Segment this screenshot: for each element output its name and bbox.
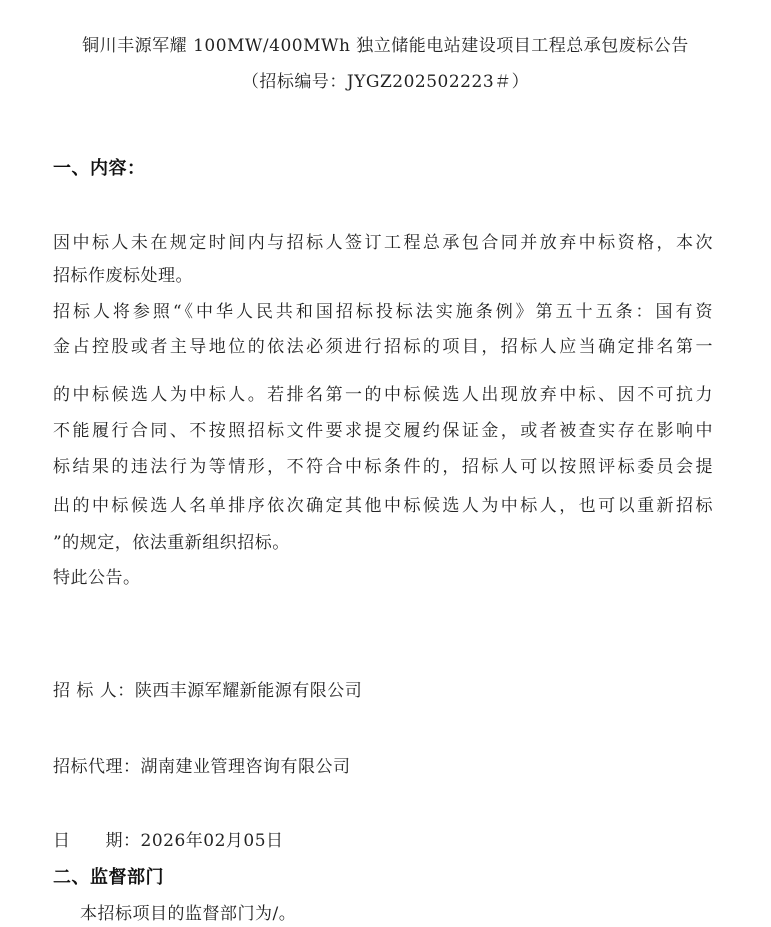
paragraph-line: 招标人将参照“《中华人民共和国招标投标法实施条例》第五十五条：国有资 — [53, 302, 713, 322]
supervision-text: 本招标项目的监督部门为/。 — [80, 904, 296, 924]
tender-number: （招标编号：JYGZ202502223＃） — [0, 72, 771, 92]
tenderer-value: 陕西丰源军耀新能源有限公司 — [135, 681, 363, 701]
paragraph-line: 因中标人未在规定时间内与招标人签订工程总承包合同并放弃中标资格，本次 — [53, 233, 713, 253]
agent-value: 湖南建业管理咨询有限公司 — [141, 757, 351, 777]
paragraph-line: 出的中标候选人名单排序依次确定其他中标候选人为中标人，也可以重新招标 — [53, 496, 713, 516]
closing-text: 特此公告。 — [53, 568, 141, 588]
paragraph-line: ”的规定，依法重新组织招标。 — [53, 533, 713, 553]
section-heading-supervision: 二、监督部门 — [53, 868, 164, 888]
date-label: 日 期： — [53, 831, 141, 851]
tenderer-row: 招 标 人：陕西丰源军耀新能源有限公司 — [53, 681, 362, 701]
agent-label: 招标代理： — [53, 757, 141, 777]
paragraph-line: 金占控股或者主导地位的依法必须进行招标的项目，招标人应当确定排名第一 — [53, 337, 713, 357]
document-title: 铜川丰源军耀 100MW/400MWh 独立储能电站建设项目工程总承包废标公告 — [0, 36, 771, 56]
paragraph-line: 标结果的违法行为等情形，不符合中标条件的，招标人可以按照评标委员会提 — [53, 457, 713, 477]
date-value: 2026年02月05日 — [141, 831, 284, 851]
paragraph-line: 的中标候选人为中标人。若排名第一的中标候选人出现放弃中标、因不可抗力 — [53, 385, 713, 405]
paragraph-line: 不能履行合同、不按照招标文件要求提交履约保证金，或者被查实存在影响中 — [53, 421, 713, 441]
tenderer-label: 招 标 人： — [53, 681, 135, 701]
paragraph-line: 招标作废标处理。 — [53, 266, 713, 286]
agent-row: 招标代理：湖南建业管理咨询有限公司 — [53, 757, 351, 777]
date-row: 日 期：2026年02月05日 — [53, 831, 284, 851]
section-heading-content: 一、内容： — [53, 159, 146, 179]
